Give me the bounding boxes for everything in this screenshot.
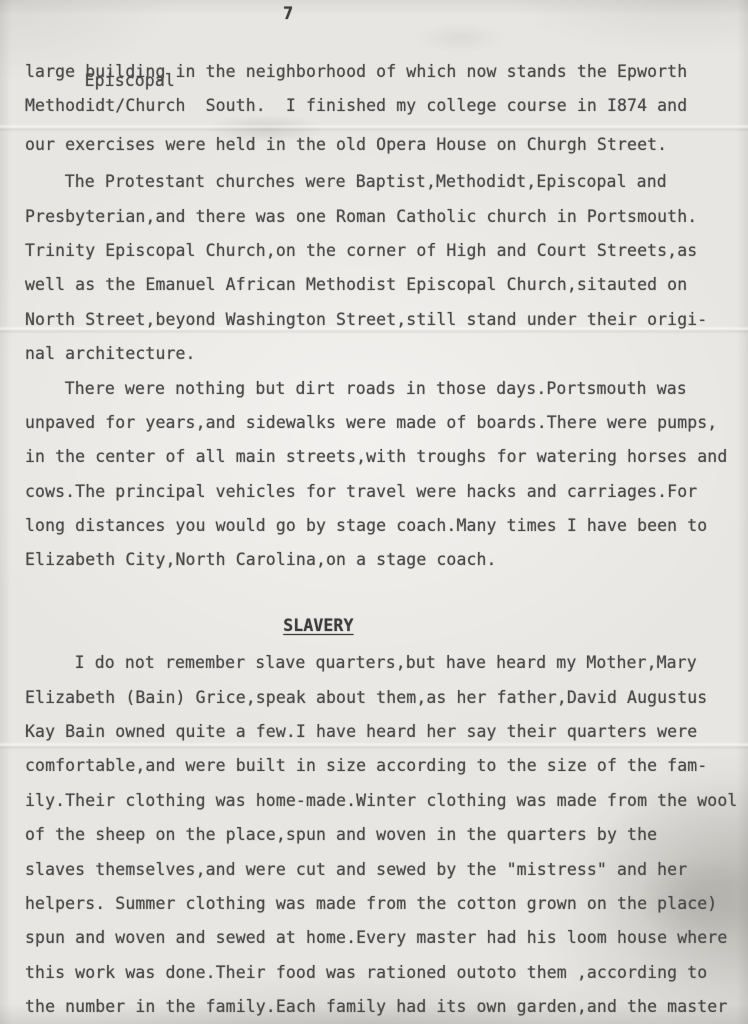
typewritten-line: Trinity Episcopal Church,on the corner o… [25, 234, 745, 268]
document-page: 7 large building in the neighborhood of … [0, 0, 748, 1024]
typewritten-line: There were nothing but dirt roads in tho… [25, 372, 745, 406]
typewritten-line: this work was done.Their food was ration… [25, 956, 745, 990]
typewritten-line: Elizabeth City,North Carolina,on a stage… [25, 543, 745, 577]
typewritten-line: spun and woven and sewed at home.Every m… [25, 921, 745, 955]
typewritten-line: well as the Emanuel African Methodist Ep… [25, 268, 745, 302]
typewritten-line: Presbyterian,and there was one Roman Cat… [25, 200, 745, 234]
document-body: large building in the neighborhood of wh… [25, 55, 745, 1024]
typewritten-line: of the sheep on the place,spun and woven… [25, 818, 745, 852]
page-number: 7 [283, 4, 293, 24]
typewritten-line: ily.Their clothing was home-made.Winter … [25, 784, 745, 818]
typewritten-line: our exercises were held in the old Opera… [25, 128, 745, 162]
typewritten-line: The Protestant churches were Baptist,Met… [25, 165, 745, 199]
typewritten-line: I do not remember slave quarters,but hav… [25, 646, 745, 680]
typewritten-line: long distances you would go by stage coa… [25, 509, 745, 543]
typewritten-line: unpaved for years,and sidewalks were mad… [25, 406, 745, 440]
typewritten-line: in the center of all main streets,with t… [25, 440, 745, 474]
typewritten-line: comfortable,and were built in size accor… [25, 749, 745, 783]
typewritten-line: cows.The principal vehicles for travel w… [25, 475, 745, 509]
typewritten-line: nal architecture. [25, 337, 745, 371]
typewritten-line: slaves themselves,and were cut and sewed… [25, 853, 745, 887]
typewritten-line: Elizabeth (Bain) Grice,speak about them,… [25, 681, 745, 715]
paper-smudge [400, 18, 520, 58]
section-heading: SLAVERY [25, 609, 745, 643]
typewritten-line: Methodidt/Church South. I finished my co… [25, 89, 745, 123]
typewritten-line: the number in the family.Each family had… [25, 990, 745, 1024]
interlinear-insertion: Episcopal [85, 73, 175, 89]
typewritten-line: Kay Bain owned quite a few.I have heard … [25, 715, 745, 749]
typewritten-line: helpers. Summer clothing was made from t… [25, 887, 745, 921]
typewritten-line: North Street,beyond Washington Street,st… [25, 303, 745, 337]
